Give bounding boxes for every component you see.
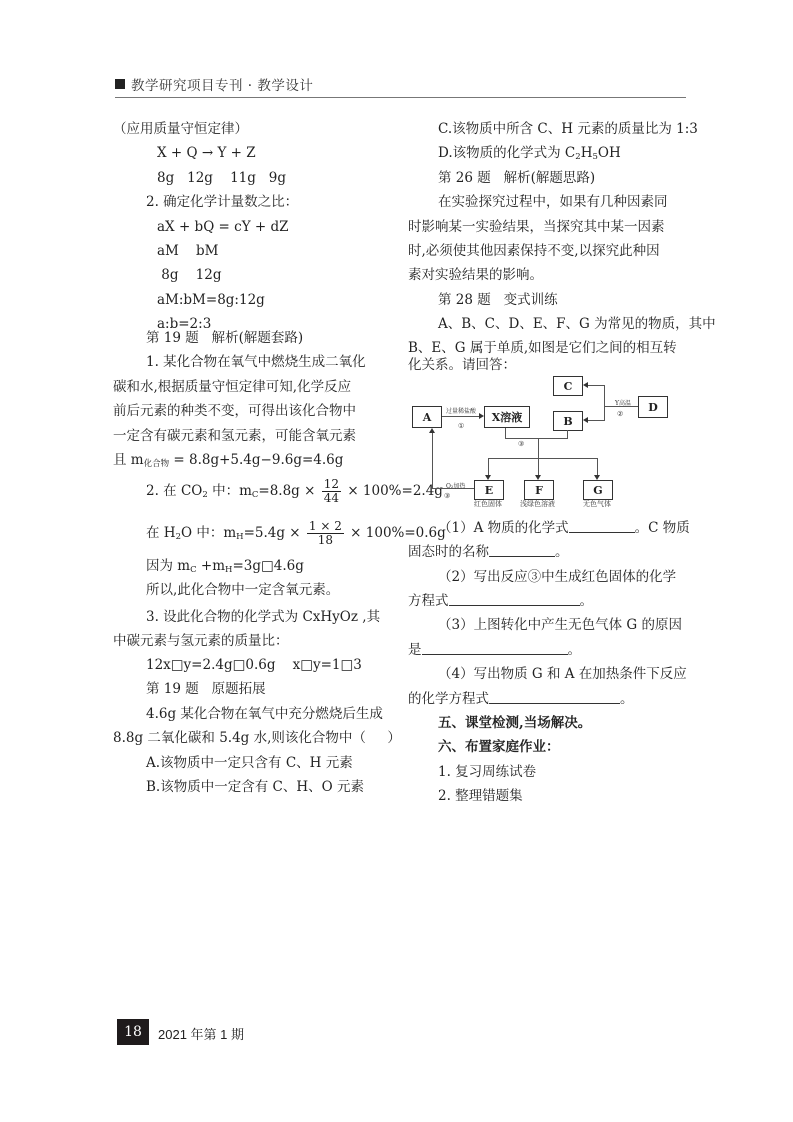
wire-d-vertical <box>604 385 605 421</box>
option-b: B.该物质中一定含有 C、H、O 元素 <box>146 778 364 796</box>
arrowhead-icon <box>594 475 600 480</box>
text-line: 所以,此化合物中一定含氧元素。 <box>146 581 339 599</box>
option-d: D.该物质的化学式为 C2H5OH <box>438 144 621 166</box>
wire-branch <box>488 458 598 459</box>
answer-blank[interactable] <box>489 543 555 557</box>
box-a: A <box>412 406 442 428</box>
section-6-heading: 六、布置家庭作业： <box>438 738 560 756</box>
reagent-label: 过量稀盐酸 <box>446 406 476 415</box>
paragraph-line: 化关系。请回答： <box>408 356 516 374</box>
question-1-cont: 固态时的名称。 <box>408 543 569 561</box>
equation-line: aX + bQ = cY + dZ <box>157 218 289 236</box>
step-heading: 3. 设此化合物的化学式为 CxHyOz ,其 <box>146 608 380 626</box>
answer-blank[interactable] <box>449 592 580 606</box>
option-c: C.该物质中所含 C、H 元素的质量比为 1:3 <box>438 120 698 138</box>
homework-item-2: 2. 整理错题集 <box>438 787 523 805</box>
section-title: 第 26 题 解析(解题思路) <box>438 169 595 187</box>
paragraph-line: 前后元素的种类不变，可得出该化合物中 <box>113 402 356 420</box>
formula-line: 因为 mC +mH=3g□4.6g <box>146 557 304 579</box>
fraction: 1244 <box>322 478 341 505</box>
wire-x-down <box>505 428 506 438</box>
arrowhead-icon <box>485 475 491 480</box>
paragraph-line: 一定含有碳元素和氢元素，可能含氧元素 <box>113 427 356 445</box>
wire-to-b <box>588 420 604 421</box>
answer-blank[interactable] <box>569 519 635 533</box>
wire-up-to-a <box>432 432 433 489</box>
f-description: 浅绿色溶液 <box>520 499 555 509</box>
section-title: 第 28 题 变式训练 <box>438 291 558 309</box>
formula-line: 且 m化合物 = 8.8g+5.4g−9.6g=4.6g <box>113 451 343 473</box>
wire-b-down <box>567 430 568 438</box>
arrowhead-icon <box>583 417 588 423</box>
mass-line: 8g 12g 11g 9g <box>157 169 286 187</box>
answer-blank[interactable] <box>422 641 568 655</box>
square-bullet-icon <box>115 79 125 89</box>
step-heading: 2. 确定化学计量数之比： <box>146 193 298 211</box>
paragraph-line: 在实验探究过程中，如果有几种因素同 <box>438 193 668 211</box>
box-b: B <box>553 411 583 431</box>
wire-to-f <box>538 438 539 476</box>
e-description: 红色固体 <box>474 499 502 509</box>
formula-line: 12x□y=2.4g□0.6g x□y=1□3 <box>146 656 362 674</box>
answer-blank[interactable] <box>489 690 620 704</box>
reaction-number: ③ <box>518 440 524 448</box>
text-line: （应用质量守恒定律） <box>113 120 248 138</box>
arrowhead-icon <box>583 382 588 388</box>
question-2: （2）写出反应③中生成红色固体的化学 <box>438 568 676 586</box>
running-header: 教学研究项目专刊 · 教学设计 <box>115 74 313 94</box>
homework-item-1: 1. 复习周练试卷 <box>438 763 536 781</box>
section-title: 第 19 题 原题拓展 <box>146 680 266 698</box>
header-title: 教学研究项目专刊 · 教学设计 <box>131 74 313 94</box>
paragraph-line: B、E、G 属于单质,如图是它们之间的相互转 <box>408 339 677 357</box>
issue-label: 2021 年第 1 期 <box>158 1024 244 1043</box>
arrow-a-to-x <box>442 416 480 417</box>
reagent-label: Y高温 <box>615 398 631 407</box>
document-page: 教学研究项目专刊 · 教学设计 （应用质量守恒定律） X + Q → Y + Z… <box>0 0 793 1122</box>
box-g: G <box>583 480 613 500</box>
option-a: A.该物质中一定只含有 C、H 元素 <box>146 754 353 772</box>
question-stem: 8.8g 二氧化碳和 5.4g 水,则该化合物中（ ） <box>113 729 401 747</box>
reaction-number: ③ <box>444 492 450 500</box>
text-line: 中碳元素与氢元素的质量比： <box>113 632 289 650</box>
text-line: aM:bM=8g:12g <box>157 291 265 309</box>
paragraph-line: 时,必须使其他因素保持不变,以探究此种因 <box>408 242 660 260</box>
arrowhead-icon <box>535 475 541 480</box>
text-line: aM bM <box>157 242 219 260</box>
box-d: D <box>638 396 668 418</box>
fraction: 1 × 218 <box>307 520 344 547</box>
header-rule <box>115 97 686 98</box>
box-e: E <box>474 480 504 500</box>
text-line: 8g 12g <box>157 266 222 284</box>
question-3: （3）上图转化中产生无色气体 G 的原因 <box>438 616 682 634</box>
question-4: （4）写出物质 G 和 A 在加热条件下反应 <box>438 665 687 683</box>
wire-merge <box>505 438 568 439</box>
question-4-cont: 的化学方程式。 <box>408 690 634 708</box>
reagent-label: O₂加热 <box>446 481 465 490</box>
paragraph-line: A、B、C、D、E、F、G 为常见的物质，其中 <box>438 315 716 333</box>
question-stem: 4.6g 某化合物在氧气中充分燃烧后生成 <box>146 705 383 723</box>
paragraph-line: 素对实验结果的影响。 <box>408 266 543 284</box>
box-x-solution: X溶液 <box>484 406 530 428</box>
paragraph-line: 时影响某一实验结果，当探究其中某一因素 <box>408 218 665 236</box>
question-2-cont: 方程式。 <box>408 592 593 610</box>
wire-to-g <box>597 458 598 476</box>
section-title: 第 19 题 解析(解题套路) <box>146 329 303 347</box>
question-3-cont: 是。 <box>408 641 581 659</box>
conversion-diagram: A X溶液 B C D E F G 过量稀盐酸 ① Y高温 ② ③ <box>408 374 704 506</box>
formula-line-h2o: 在 H2O 中：mH=5.4g × 1 × 218 × 100%=0.6g <box>146 520 446 547</box>
arrowhead-icon <box>479 413 484 419</box>
box-c: C <box>553 376 583 396</box>
reaction-number: ① <box>458 422 464 430</box>
page-number: 18 <box>117 1019 149 1045</box>
wire-to-e <box>488 458 489 476</box>
box-f: F <box>524 480 554 500</box>
paragraph-line: 碳和水,根据质量守恒定律可知,化学反应 <box>113 378 351 396</box>
arrowhead-icon <box>429 428 435 433</box>
formula-line-co2: 2. 在 CO2 中：mC=8.8g × 1244 × 100%=2.4g <box>146 478 443 505</box>
equation-line: X + Q → Y + Z <box>157 144 256 162</box>
paragraph-line: 1. 某化合物在氧气中燃烧生成二氧化 <box>146 353 366 371</box>
g-description: 无色气体 <box>583 499 611 509</box>
wire-to-c <box>588 385 604 386</box>
section-5-heading: 五、课堂检测,当场解决。 <box>438 714 591 732</box>
reaction-number: ② <box>617 410 623 418</box>
question-1: （1）A 物质的化学式。C 物质 <box>438 519 690 537</box>
